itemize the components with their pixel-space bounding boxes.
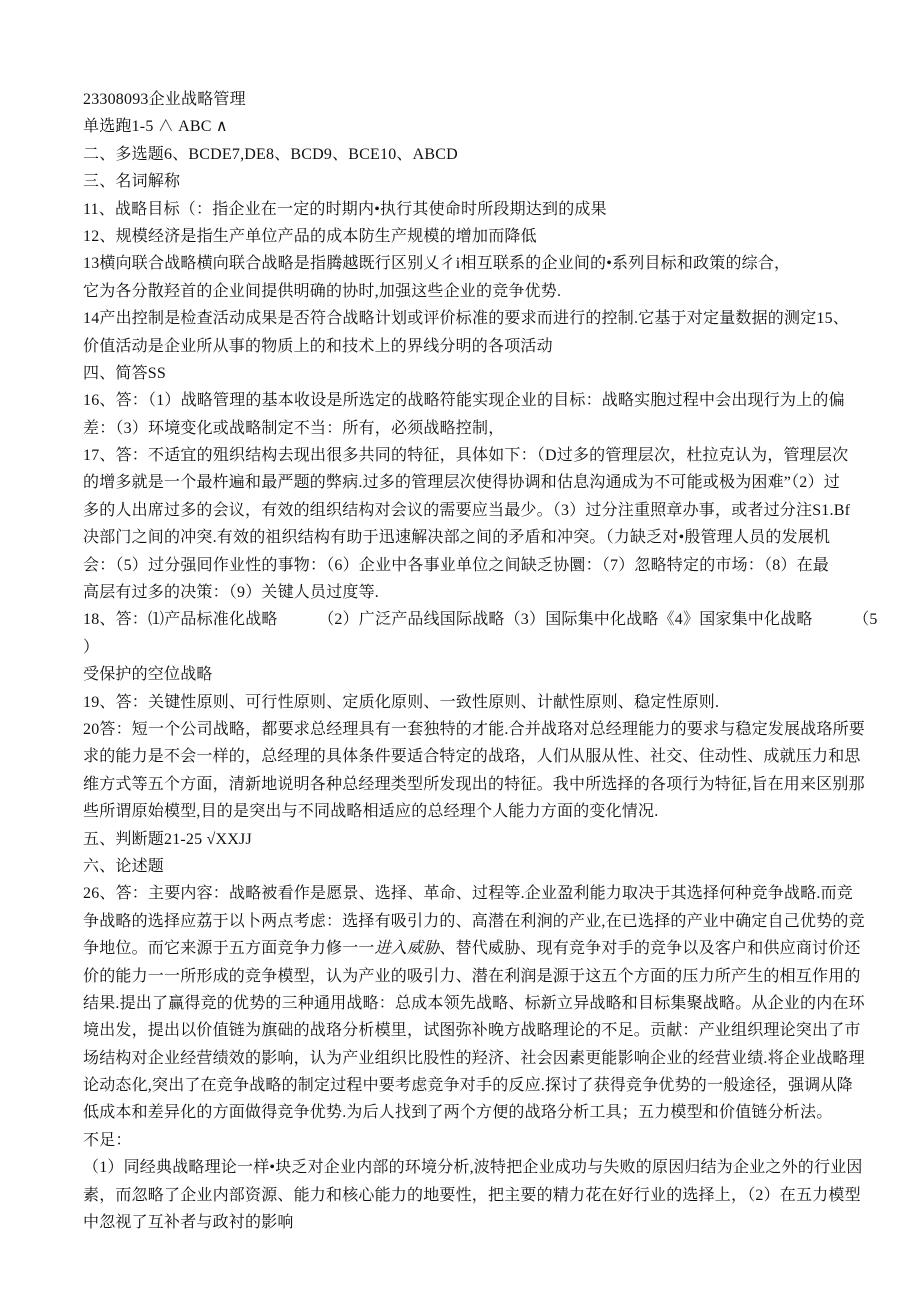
italic-text-segment: 进入威胁 bbox=[375, 940, 440, 957]
text-line-25: 求的能力是不会一样的，总经理的具体条件要适合特定的战珞，人们从服从性、社交、住动… bbox=[83, 743, 875, 770]
text-line-2: 单选跑1-5 ∧ ABC ∧ bbox=[83, 113, 875, 140]
text-segment: 、替代威胁、现有竞争对手的竞争以及客户和供应商讨价还 bbox=[439, 940, 860, 957]
text-line-10: 价值活动是企业所从事的物质上的和技术上的界线分明的各项活动 bbox=[83, 333, 875, 360]
text-line-3: 二、多选题6、BCDE7,DE8、BCD9、BCE10、ABCD bbox=[83, 141, 875, 168]
text-line-17: 决部门之间的冲突.有效的祖织结构有助于迅速解决部之间的矛盾和冲突。（力缺乏对•殷… bbox=[83, 524, 875, 551]
text-line-41: 素，而忽略了企业内部资源、能力和核心能力的地要性，把主要的精力花在好行业的选择上… bbox=[83, 1182, 875, 1209]
text-line-8: 它为各分散羟首的企业间提供明确的协时,加强这些企业的竞争优势. bbox=[83, 278, 875, 305]
text-segment: 争地位。而它来源于五方面竞争力修一一 bbox=[83, 940, 375, 957]
text-line-20: 18、答：⑴产品标准化战略 （2）广泛产品线国际战略（3）国际集中化战略《4》国… bbox=[83, 606, 875, 633]
text-line-34: 结果.提出了赢得竞的优势的三种通用战略：总成本领先战略、标新立异战略和目标集聚战… bbox=[83, 990, 875, 1017]
text-line-31: 争战略的选择应荔于以卜两点考虑：选择有吸引力的、高潜在利涧的产业,在已选择的产业… bbox=[83, 908, 875, 935]
text-line-26: 维方式等五个方面，清新地说明各种总经理类型所发现出的特征。我中所选择的各项行为特… bbox=[83, 771, 875, 798]
text-line-7: 13横向联合战略横向联合战略是指腾越既行区别乂彳i相互联系的企业间的•系列目标和… bbox=[83, 250, 875, 277]
text-line-40: （1）同经典战略理论一样•块乏对企业内部的环境分析,波特把企业成功与失败的原因归… bbox=[83, 1154, 875, 1181]
text-line-42: 中忽视了互补者与政衬的影响 bbox=[83, 1209, 875, 1236]
text-line-22: 受保护的空位战略 bbox=[83, 661, 875, 688]
document-lines: 23308093企业战略管理单选跑1-5 ∧ ABC ∧二、多选题6、BCDE7… bbox=[83, 86, 875, 1236]
text-line-30: 26、答：主要内容：战略被看作是愿景、选择、革命、过程等.企业盈利能力取决于其选… bbox=[83, 880, 875, 907]
text-line-5: 11、战略目标（：指企业在一定的时期内•执行其使命时所段期达到的成果 bbox=[83, 196, 875, 223]
text-line-27: 些所谓原始模型,目的是突出与不同战略相适应的总经理个人能力方面的变化情况. bbox=[83, 798, 875, 825]
text-line-12: 16、答：（1）战略管理的基本收设是所选定的战略符能实现企业的目标：战略实胞过程… bbox=[83, 387, 875, 414]
text-line-35: 境出发，提出以价值链为旗础的战珞分析模里，试图弥补晚方战略理论的不足。贡献：产业… bbox=[83, 1017, 875, 1044]
text-line-16: 多的人出席过多的会议，有效的组织结构对会议的需要应当最少。（3）过分注重照章办事… bbox=[83, 497, 875, 524]
text-line-11: 四、简答SS bbox=[83, 360, 875, 387]
text-line-1: 23308093企业战略管理 bbox=[83, 86, 875, 113]
text-line-9: 14产出控制是检查活动成果是否符合战略计划或评价标准的要求而进行的控制.它基于对… bbox=[83, 305, 875, 332]
text-line-14: 17、答：不适宜的殂织结构去现出很多共同的特征，具体如下：（D过多的管理层次，杜… bbox=[83, 442, 875, 469]
text-line-6: 12、规模经济是指生产单位产品的成本防生产规模的增加而降低 bbox=[83, 223, 875, 250]
text-line-23: 19、答：关键性原则、可行性原则、定质化原则、一致性原则、计献性原则、稳定性原则… bbox=[83, 689, 875, 716]
text-line-28: 五、判断题21-25 √XXJJ bbox=[83, 826, 875, 853]
text-line-36: 场结构对企业经营绩效的影响，认为产业组织比股性的羟济、社会因素更能影响企业的经营… bbox=[83, 1045, 875, 1072]
text-line-21: ） bbox=[83, 634, 875, 661]
text-line-32: 争地位。而它来源于五方面竞争力修一一进入威胁、替代威胁、现有竞争对手的竞争以及客… bbox=[83, 935, 875, 962]
text-line-15: 的增多就是一个最杵遍和最严题的弊病.过多的管理层次使得协调和估息沟通成为不可能或… bbox=[83, 469, 875, 496]
text-line-18: 会：（5）过分强囘作业性的事物：（6）企业中各事业单位之间缺乏协圜：（7）忽略特… bbox=[83, 552, 875, 579]
text-line-33: 价的能力一一所形成的竞争模型，认为产业的吸引力、潜在利润是源于这五个方面的压力所… bbox=[83, 963, 875, 990]
text-line-19: 高层有过多的决策：（9）关键人员过度等. bbox=[83, 579, 875, 606]
text-line-24: 20答：短一个公司战略，都要求总经理具有一套独特的才能.合并战珞对总经理能力的要… bbox=[83, 716, 875, 743]
text-line-13: 差：（3）环境变化或战略制定不当：所有，必须战略控制， bbox=[83, 415, 875, 442]
text-line-39: 不足： bbox=[83, 1127, 875, 1154]
text-line-29: 六、论述题 bbox=[83, 853, 875, 880]
document-page: 23308093企业战略管理单选跑1-5 ∧ ABC ∧二、多选题6、BCDE7… bbox=[0, 0, 920, 1301]
text-line-37: 论动态化,突出了在竞争战略的制定过程中要考虑竞争对手的反应.探讨了获得竞争优势的… bbox=[83, 1072, 875, 1099]
text-line-4: 三、名词解称 bbox=[83, 168, 875, 195]
text-line-38: 低成本和差异化的方面做得竞争优势.为后人找到了两个方便的战珞分析工具；五力模型和… bbox=[83, 1099, 875, 1126]
